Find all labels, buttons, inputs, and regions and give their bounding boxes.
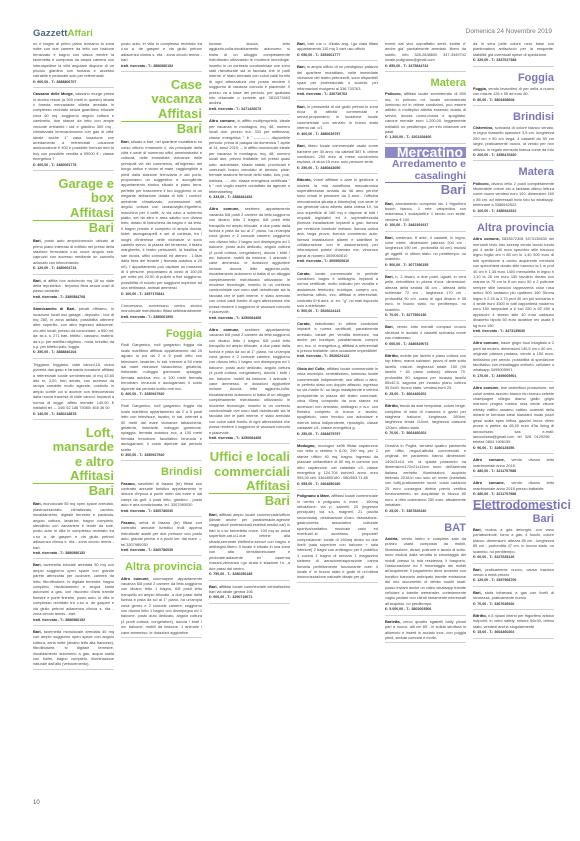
- ad-price-phone: tratt. riservata - T.: 3380584708: [33, 295, 114, 300]
- classifieds-columns: no e bagno al primo piano troviamo la zo…: [33, 40, 553, 798]
- ad-lead: Bari,: [33, 238, 42, 243]
- ad-price-phone: €: 400,00 - T.: 3480051778: [33, 163, 114, 168]
- classified-ad: Modugno, modugno ss96 fittasi capannone …: [297, 442, 378, 490]
- ad-text: Bari, arredamento composto da: 1 frigori…: [385, 201, 466, 223]
- classified-ad: Polignano a Mare, affittasi locale comme…: [297, 492, 378, 583]
- classified-ad: Altro comune, vendo divano letto matrimo…: [473, 456, 554, 477]
- ad-price-phone: tratt. riservata - T.: 3886986152: [33, 618, 114, 623]
- ad-price-phone: tratt. riservata - T.: 3360786030: [121, 509, 202, 514]
- section-city-bari: Bari: [385, 182, 466, 197]
- classified-ad: Altro comune, tine cesterfiuci produzion…: [473, 384, 554, 454]
- classified-ad: Triggiano, triggiano, viale vanoni,16, v…: [33, 361, 114, 420]
- classified-ad: Bari, in prossimità di via giulio petron…: [297, 103, 378, 140]
- classified-ad: Bari, si affitta box auto/moto mq 18 su …: [33, 277, 114, 304]
- ad-body: credenza, 8 ante, 4 cassetti, in legno, …: [385, 235, 466, 262]
- ad-text: Bari, bari v.le u. d'italia ang. l.go ci…: [297, 41, 378, 52]
- ad-body: 0833672308 3473135630 dei mercanti levio…: [473, 236, 554, 328]
- ad-text: Bari, affittasi ampio locale commerciale…: [209, 512, 290, 571]
- ad-lead: Altro comune,: [121, 576, 150, 581]
- ad-lead: Bari,: [33, 278, 42, 283]
- date-line: Domenica 24 Novembre 2019: [466, 28, 552, 35]
- ad-price-phone: €: 333,00 - T.: 3388481454: [209, 195, 290, 200]
- ad-body: modugno ss96 fittasi capannone con tetto…: [297, 443, 378, 480]
- section-city-bari: Bari: [33, 220, 114, 235]
- section-subheading-affitasi: Affitasi: [121, 107, 202, 121]
- section-location-altra-provincia: Altra provincia: [121, 558, 202, 573]
- classified-ad: Altro comune, sestriere ,appartamento va…: [209, 205, 290, 324]
- ad-body: tine cesterfiuci produzione, nei colori …: [473, 385, 554, 444]
- ad-lead: Bari,: [297, 104, 306, 109]
- ad-price-phone: €: 300,00 - T.: 3350927920: [121, 453, 202, 458]
- classified-ad: da in vera pelle colore nero base con pi…: [473, 40, 554, 67]
- classified-ad: Policoro, divano letto 2 posti completam…: [473, 180, 554, 217]
- ad-text: Fasano, savelletri di fasano (br) fittas…: [121, 481, 202, 508]
- ad-lead: Altro comune,: [473, 236, 500, 241]
- section-location-foggia: Foggia: [473, 69, 554, 84]
- section-heading-casalinghi: casalinghi: [385, 170, 466, 182]
- ad-price-phone: €: 96,00 - T.: 3280129256: [473, 446, 554, 451]
- ad-body: sestriere ,appartamento vacanza 6/8 post…: [209, 327, 290, 435]
- ad-text: Altro comune, courmayeur ,appartamento v…: [121, 576, 202, 635]
- ad-text: Cisternino, scrivania di colore bianco v…: [473, 125, 554, 152]
- classified-ad: Bari, praticamente nuovo, causa trasloco…: [473, 566, 554, 587]
- ad-body: locale commerciale in perfette condizion…: [297, 271, 378, 308]
- ad-text: Bitritto, n.5 ripiani interni per frigor…: [473, 613, 554, 629]
- ad-body: tavernetta bilocale arredata 50 mq con a…: [33, 562, 114, 616]
- ad-lead: Policoro,: [385, 91, 402, 96]
- classified-ad: Rodi Garganico, rodi garganico foggia vi…: [121, 402, 202, 461]
- ad-text: Polignano a Mare, affittasi locale comme…: [297, 493, 378, 580]
- section-city-bari: Bari: [33, 483, 114, 498]
- classified-ad: Gravina in Puglia, vendesi quattro parav…: [385, 442, 466, 517]
- ad-price-phone: €: 15,00 - T.: 3664460202: [473, 630, 554, 635]
- ad-lead: Bari,: [385, 201, 394, 206]
- ad-text: Bari, tavernetta monolocale arredata 40 …: [33, 629, 114, 667]
- ad-text: no e bagno al primo piano troviamo la zo…: [33, 41, 114, 79]
- section-subheading-affitasi: Affitasi: [33, 469, 114, 483]
- ad-body: in prossimità di via giulio petroni,in z…: [297, 104, 378, 131]
- ad-price-phone: €: 320,00 - T.: 3337627388: [473, 58, 554, 63]
- ad-body: vorrei affittare o dare in gestione o so…: [297, 177, 378, 258]
- classified-ad: Bari, monolocale 55 mq open space arreda…: [33, 500, 114, 559]
- ad-lead: Barletta,: [385, 619, 401, 624]
- ad-price-phone: tratt. riservata - T.: 336730763: [297, 92, 378, 97]
- ad-text: Bari, monolocale 55 mq open space arreda…: [33, 501, 114, 550]
- column-3: incluse: doccia, letto aggiunto,culla,ri…: [209, 40, 290, 606]
- ad-lead: Sannicandro di Bari,: [33, 306, 75, 311]
- ad-lead: Altro comune,: [209, 206, 239, 211]
- ad-lead: Cisternino,: [473, 125, 493, 130]
- ad-body: baule grigio buoi intagliato a 2 porti d…: [473, 340, 554, 372]
- classified-ad: Altro comune, 0833672308 3473135630 dei …: [473, 235, 554, 337]
- ad-body: cucina a gas delonghi, con vano portabom…: [473, 527, 554, 554]
- ad-text: Bari, affittasi locale commerciale centr…: [209, 584, 290, 595]
- ad-body: Rodi Garganico, rodi garganico foggia vi…: [121, 342, 202, 390]
- ad-price-phone: €: 480,00 - T.: 3211707988: [473, 469, 554, 474]
- ad-lead: Bari,: [385, 235, 394, 240]
- ad-text: Barletta, cerco quattro sgabelli bally y…: [385, 619, 466, 641]
- ad-lead: Altro comune,: [209, 327, 239, 332]
- ad-price-phone: €: 140,00 - T.: 3480218878: [33, 412, 114, 417]
- classified-ad: Bari, credenza, 8 ante, 4 cassetti, in l…: [385, 234, 466, 271]
- ad-text: Altro comune, sestriere ,appartamento va…: [209, 206, 290, 314]
- ad-body: no e bagno al primo piano troviamo la zo…: [33, 41, 114, 78]
- ad-body: arredamento composto da: 1 frigorifero b…: [385, 201, 466, 222]
- ad-price-phone: €: 25,00 - T.: 3664460202: [385, 392, 466, 397]
- ad-text: Corato, ristrutturato in ottime condizio…: [297, 321, 378, 353]
- classified-ad: Bari, vendo lotto mensili compact cruovo…: [385, 323, 466, 350]
- ad-lead: Bitritto,: [385, 403, 399, 408]
- ad-lead: Foggia,: [473, 86, 487, 91]
- ad-price-phone: €: 480,00 - T.: 3211707988: [473, 492, 554, 497]
- ad-price-phone: €: 70,00 - T.: 3664460202: [385, 431, 466, 436]
- ad-text: Bari, n. 2 divani, a due posti, uguali, …: [385, 274, 466, 312]
- ad-body: eventi dal vivo sopraffatto senti. inolt…: [385, 41, 466, 62]
- classified-ad: Conversano, conversano centro storico mo…: [121, 302, 202, 323]
- ad-lead: Bari,: [385, 274, 394, 279]
- classified-ad: Policoro, affittasi locale seminterrato …: [385, 90, 466, 144]
- ad-price-phone: tratt. riservata - T.: 3886986152: [121, 64, 202, 69]
- ad-lead: Bari,: [297, 143, 306, 148]
- section-location-foggia: Foggia: [121, 325, 202, 340]
- ad-body: affittasi locale seminterrato di 550 mq.…: [385, 91, 466, 134]
- ad-body: posto auto, in villa in complesso recint…: [121, 41, 202, 62]
- ad-text: Bari, posto auto ampio/comodo ubicato al…: [33, 238, 114, 265]
- ad-text: Gioia del Colle, affittasi locale commer…: [297, 366, 378, 431]
- ad-text: Bitritto, tenda da sole tempotest, color…: [385, 403, 466, 430]
- ad-price-phone: €: 500,00 - T.: 3926624123: [297, 309, 378, 314]
- classified-ad: Rodi Garganico, rodi garganico foggia vi…: [121, 341, 202, 400]
- section-heading-uffici: Uffici e locali: [209, 446, 290, 464]
- ad-price-phone: €: 955,00 - T.: 3364850180: [297, 482, 378, 487]
- ad-body: n. 2 divani, a due posti, uguali, in ver…: [385, 274, 466, 311]
- ad-price-phone: tratt. riservata - T.: 3886986152: [33, 551, 114, 556]
- ad-price-phone: €: 100,00 - T.: 3386942522: [473, 209, 554, 214]
- classified-ad: Bari, arredamento composto da: 1 frigori…: [385, 200, 466, 232]
- section-city-bari: Bari: [473, 510, 554, 525]
- ad-text: Foggia, vendo lavandino di per sella a n…: [473, 86, 554, 97]
- ad-lead: Fasano,: [121, 520, 136, 525]
- ad-body: sestriere ,appartamento vacanza 6/8 post…: [209, 206, 290, 314]
- ad-text: Triggiano, triggiano, viale vanoni,16, v…: [33, 362, 114, 411]
- ad-body: incluse: doccia, letto aggiunto,culla,ri…: [209, 41, 290, 105]
- ad-text: Bari, cucina a gas delonghi, con vano po…: [473, 527, 554, 554]
- column-5: eventi dal vivo sopraffatto senti. inolt…: [385, 40, 466, 645]
- classified-ad: Andria, vendo intero e completa sala da …: [385, 535, 466, 616]
- classified-ad: Bitonto, vorrei affittare o dare in gest…: [297, 176, 378, 268]
- ad-text: Modugno, modugno ss96 fittasi capannone …: [297, 443, 378, 481]
- section-location-bat: BAT: [385, 519, 466, 534]
- ad-price-phone: €: 5.000,00 - T.: 3802003506: [385, 607, 466, 612]
- ad-lead: Altro comune,: [473, 385, 499, 390]
- ad-lead: Bari,: [297, 41, 306, 46]
- ad-text: incluse: doccia, letto aggiunto,culla,ri…: [209, 41, 290, 106]
- ad-lead: Corato,: [297, 321, 311, 326]
- ad-price-phone: €: 1.200,00 - T.: 3201208406: [385, 135, 466, 140]
- classified-ad: Bari, affittasi ampio locale commerciale…: [209, 511, 290, 581]
- classified-ad: Bari, libero locale commerciale usato co…: [297, 142, 378, 174]
- ad-price-phone: €: 750,00 - T.: 3280250185: [209, 572, 290, 577]
- ad-body: stufa infrarossi a gas con livelli di si…: [473, 590, 554, 600]
- page-number: 10: [33, 800, 40, 806]
- ad-text: Altro comune, sestriere ,appartamento va…: [209, 327, 290, 435]
- ad-text: Andria, vendo intero e completa sala da …: [385, 536, 466, 606]
- ad-lead: Altro comune,: [473, 340, 499, 345]
- ad-price-phone: €: 250,00 - T.: 3384879797: [297, 432, 378, 437]
- ad-price-phone: tratt. riservata - T.: 3380661900: [121, 315, 202, 320]
- ad-lead: Bari,: [473, 590, 482, 595]
- section-city-bari: Bari: [209, 493, 290, 508]
- ad-price-phone: €: 400,00 - T.: 3880639797: [297, 132, 378, 137]
- ad-lead: Bitritto,: [473, 613, 487, 618]
- ad-price-phone: €: 850,00 - T.: 3475844742: [385, 64, 466, 69]
- ad-price-phone: €: 600,00 - T.: 3486529073: [385, 342, 466, 347]
- ad-body: vendo lotto mensili compact cruovo strut…: [385, 324, 466, 340]
- classified-ad: Bitritto, mobile per lavello e piano cot…: [385, 352, 466, 400]
- ad-body: privati offriamo, in locazione locali us…: [33, 306, 114, 349]
- ad-body: da in vera pelle colore nero base con pi…: [473, 41, 554, 57]
- ad-body: affittasi locale commerciale centralissi…: [209, 584, 290, 594]
- ad-text: Rodi Garganico, rodi garganico foggia vi…: [121, 342, 202, 391]
- ad-price-phone: €: 70,00 - T.: 3367636926: [473, 602, 554, 607]
- ad-price-phone: €: 350,00 - T.: 3888846104: [33, 350, 114, 355]
- section-city-bari: Bari: [121, 121, 202, 136]
- ad-body: in affitto multiproprietà, ideale per va…: [209, 118, 290, 193]
- classified-ad: Bari, tavernetta bilocale arredata 50 mq…: [33, 561, 114, 625]
- ad-price-phone: €: 650,00 - T.: 3392601777: [297, 53, 378, 58]
- ad-lead: Bari,: [473, 567, 482, 572]
- ad-price-phone: tratt. riservata - T.: 3250084408: [209, 436, 290, 441]
- ad-text: Policoro, affittasi locale seminterrato …: [385, 91, 466, 134]
- ad-text: Fasano, selva di fasano (br) fittasi con…: [121, 520, 202, 547]
- ad-body: situato a bari, nel quartiere murattiano…: [121, 139, 202, 290]
- section-heading-garage: Garage e box: [33, 173, 114, 206]
- ad-text: Bari, in ampio ufficio di un prestigioso…: [297, 64, 378, 91]
- ad-text: Bari, libero locale commerciale usato co…: [297, 143, 378, 165]
- ad-price-phone: €: 400,00 - T.: 3350927920: [121, 392, 202, 397]
- ad-price-phone: €: 170,00 - T.: 3495005901: [473, 374, 554, 379]
- ad-lead: Bari,: [209, 512, 218, 517]
- ad-text: Bari, in prossimità di via giulio petron…: [297, 104, 378, 131]
- ad-lead: Andria,: [385, 536, 398, 541]
- column-1: no e bagno al primo piano troviamo la zo…: [33, 40, 114, 672]
- ad-text: Altro comune, 0833672308 3473135630 dei …: [473, 236, 554, 328]
- ad-text: Altro comune, vendo divano letto matrimo…: [473, 457, 554, 468]
- ad-text: Sannicandro di Bari, privati offriamo, i…: [33, 306, 114, 349]
- ad-price-phone: €: 80,00 - T.: 3803458608: [473, 98, 554, 103]
- ad-body: affittasi locale commerciale in centro a…: [297, 493, 378, 579]
- ad-body: posto auto ampio/comodo ubicato al primo…: [33, 238, 114, 265]
- ad-body: si affitta box auto/moto mq 18 su viale …: [33, 278, 114, 294]
- classified-ad: posto auto, in villa in complesso recint…: [121, 40, 202, 72]
- ad-text: Altro comune, tine cesterfiuci produzion…: [473, 385, 554, 444]
- classified-ad: Corato, locale commerciale in perfette c…: [297, 270, 378, 318]
- ad-body: bari v.le u. d'italia ang. l.go ciaia fi…: [297, 41, 378, 51]
- ad-price-phone: €: 900,00 - T.: 3290719671: [209, 595, 290, 600]
- ad-lead: Bari,: [209, 584, 218, 589]
- section-heading-elettrodomestici: Elettrodomestici: [473, 503, 554, 510]
- section-location-brindisi: Brindisi: [473, 108, 554, 123]
- ad-body: vendo intero e completa sala da pranzo u…: [385, 536, 466, 606]
- section-heading-loft: Loft, mansarde: [33, 422, 114, 455]
- section-subheading-affitasi: Affitasi: [33, 206, 114, 220]
- classified-ad: incluse: doccia, letto aggiunto,culla,ri…: [209, 40, 290, 115]
- ad-lead: Policoro,: [473, 181, 490, 186]
- ad-body: mobile per lavello e piano cottura con t…: [385, 353, 466, 390]
- ad-lead: Bari,: [473, 527, 482, 532]
- column-2: posto auto, in villa in complesso recint…: [121, 40, 202, 640]
- classified-ad: Bari, n. 2 divani, a due posti, uguali, …: [385, 273, 466, 321]
- ad-lead: Altro comune,: [473, 457, 505, 462]
- ad-price-phone: €: 120,00 - T.: 3480604714: [33, 266, 114, 271]
- section-location-altra-provincia: Altra provincia: [473, 219, 554, 234]
- ad-body: ristrutturato in ottime condizioni impia…: [297, 321, 378, 353]
- ad-price-phone: €: 100,00 - T.: 3397176841: [121, 292, 202, 297]
- ad-text: Bari, vendo lotto mensili compact cruovo…: [385, 324, 466, 340]
- ad-price-phone: €: 25,00 - T.: 3367826240: [385, 509, 466, 514]
- ad-lead: Fasano,: [121, 481, 136, 486]
- ad-price-phone: tratt. riservata - T.: 3009060810: [297, 259, 378, 264]
- ad-text: Bitonto, vorrei affittare o dare in gest…: [297, 177, 378, 258]
- ad-text: Altro comune, in affitto multiproprietà,…: [209, 118, 290, 194]
- section-location-matera: Matera: [473, 163, 554, 178]
- ad-price-phone: tratt. riservata - T.: 3473135630: [473, 329, 554, 334]
- classified-ad: Altro comune, baule grigio buoi intaglia…: [473, 339, 554, 382]
- column-6: da in vera pelle colore nero base con pi…: [473, 40, 554, 641]
- ad-text: Gravina in Puglia, vendesi quattro parav…: [385, 443, 466, 508]
- ad-body: tavernetta monolocale arredata 40 mq con…: [33, 629, 114, 666]
- ad-text: Bari, credenza, 8 ante, 4 cassetti, in l…: [385, 235, 466, 262]
- classified-ad: Altro comune, in affitto multiproprietà,…: [209, 117, 290, 203]
- ad-price-phone: €: 250,00 - T.: 3480843050: [297, 166, 378, 171]
- ad-lead: Bari,: [121, 139, 130, 144]
- ad-body: libero locale commerciale usato come bar…: [297, 143, 378, 164]
- ad-text: Altro comune, baule grigio buoi intaglia…: [473, 340, 554, 372]
- classified-ad: Cisternino, scrivania di colore bianco v…: [473, 124, 554, 161]
- ad-text: Bitritto, mobile per lavello e piano cot…: [385, 353, 466, 391]
- ad-body: in ampio ufficio di un prestigioso palaz…: [297, 64, 378, 91]
- ad-lead: Bari,: [33, 562, 42, 567]
- ad-text: Conversano, conversano centro storico mo…: [121, 303, 202, 314]
- ad-price-phone: €: 500,00 - T.: 3077356155: [385, 263, 466, 268]
- classified-ad: Fasano, savelletri di fasano (br) fittas…: [121, 480, 202, 517]
- ad-text: Bari, tavernetta bilocale arredata 50 mq…: [33, 562, 114, 616]
- classified-ad: Fasano, selva di fasano (br) fittasi con…: [121, 519, 202, 556]
- ad-price-phone: €: 900,00 - T.: 3888806707: [33, 80, 114, 85]
- ad-text: Rodi Garganico, rodi garganico foggia vi…: [121, 403, 202, 452]
- ad-price-phone: €: 200,00 - T.: 3356476460: [473, 153, 554, 158]
- ad-lead: Bari,: [33, 629, 42, 634]
- ad-body: Rodi Garganico, rodi garganico foggia vi…: [121, 403, 202, 451]
- section-heading-uffici-2: commerciali: [209, 465, 290, 479]
- ad-lead: Bitritto,: [385, 353, 399, 358]
- classified-ad: Foggia, vendo lavandino di per sella a n…: [473, 85, 554, 106]
- classified-ad: Bari, in ampio ufficio di un prestigioso…: [297, 63, 378, 100]
- ad-price-phone: tratt. riservata - T.: 3360786030: [121, 548, 202, 553]
- classified-ad: Sannicandro di Bari, privati offriamo, i…: [33, 305, 114, 359]
- ad-text: posto auto, in villa in complesso recint…: [121, 41, 202, 63]
- ad-price-phone: €: 70,00 - T.: 3277560136: [385, 313, 466, 318]
- ad-text: Bari, praticamente nuovo, causa trasloco…: [473, 567, 554, 578]
- section-location-brindisi: Brindisi: [121, 463, 202, 478]
- section-subheading-affitasi: Affitasi: [209, 479, 290, 493]
- ad-lead: Bari,: [33, 501, 42, 506]
- ad-text: da in vera pelle colore nero base con pi…: [473, 41, 554, 57]
- ad-price-phone: tratt. riservata - T.: 3250084408: [209, 316, 290, 321]
- ad-lead: Altro comune,: [209, 118, 236, 123]
- ad-lead: Bitonto,: [297, 177, 312, 182]
- ad-text: Corato, locale commerciale in perfette c…: [297, 271, 378, 309]
- ad-price-phone: €: 60,00 - T.: 3227635126: [473, 555, 554, 560]
- column-4: Bari, bari v.le u. d'italia ang. l.go ci…: [297, 40, 378, 585]
- ad-text: Altro comune, vendo divano letto matrimo…: [473, 480, 554, 491]
- ad-price-phone: €: 100,00 - T.: 3482391917: [385, 223, 466, 228]
- masthead-logo: GazzettAffari: [33, 28, 93, 39]
- section-location-matera: Matera: [385, 74, 466, 89]
- classified-ad: Bitritto, tenda da sole tempotest, color…: [385, 402, 466, 439]
- classified-ad: Bari, tavernetta monolocale arredata 40 …: [33, 628, 114, 670]
- ad-body: cassano murge pressi lo storico resort (…: [33, 91, 114, 161]
- ad-text: Bari, stufa infrarossi a gas con livelli…: [473, 590, 554, 601]
- classified-ad: Gioia del Colle, affittasi locale commer…: [297, 365, 378, 440]
- section-heading-loft-2: e altro: [33, 455, 114, 469]
- ad-price-phone: tratt. riservata - T.: 3926624123: [297, 354, 378, 359]
- ad-body: Conversano, conversano centro storico mo…: [121, 303, 202, 313]
- section-heading-case-vacanza: Case vacanza: [121, 74, 202, 107]
- classified-ad: Altro comune, sestriere ,appartamento va…: [209, 326, 290, 445]
- classified-ad: Altro comune, courmayeur ,appartamento v…: [121, 575, 202, 638]
- ad-price-phone: tratt. riservata - T.: 3471426673: [209, 107, 290, 112]
- ad-lead: Modugno,: [297, 443, 316, 448]
- classified-ad: Bari, affittasi locale commerciale centr…: [209, 583, 290, 604]
- ad-body: praticamente nuovo, causa trasloco vendo…: [473, 567, 554, 577]
- classified-ad: Bari, cucina a gas delonghi, con vano po…: [473, 526, 554, 563]
- classified-ad: Bari, bari v.le u. d'italia ang. l.go ci…: [297, 40, 378, 61]
- ad-price-phone: €: 120,00 - T.: 3397968706: [473, 578, 554, 583]
- ad-text: eventi dal vivo sopraffatto senti. inolt…: [385, 41, 466, 63]
- ad-text: Bari, si affitta box auto/moto mq 18 su …: [33, 278, 114, 294]
- ad-lead: Cassano delle Murge,: [33, 91, 74, 96]
- ad-lead: Bari,: [385, 324, 394, 329]
- classified-ad: Barletta, cerco quattro sgabelli bally y…: [385, 618, 466, 644]
- classified-ad: Bari, posto auto ampio/comodo ubicato al…: [33, 237, 114, 274]
- ad-body: affittasi locale commerciale in zona mun…: [297, 366, 378, 430]
- classified-ad: Cassano delle Murge, cassano murge press…: [33, 90, 114, 171]
- ad-lead: Polignano a Mare,: [297, 493, 330, 498]
- section-heading-arredamento: Arredamento e: [385, 158, 466, 170]
- classified-ad: Bitritto, n.5 ripiani interni per frigor…: [473, 612, 554, 639]
- ad-text: Cassano delle Murge, cassano murge press…: [33, 91, 114, 161]
- ad-lead: Bari,: [297, 64, 306, 69]
- ad-lead: Corato,: [297, 271, 311, 276]
- ad-body: monolocale 55 mq open space arredato, pi…: [33, 501, 114, 549]
- ad-body: affittasi ampio locale commerciale/uffic…: [209, 512, 290, 571]
- classified-ad: no e bagno al primo piano troviamo la zo…: [33, 40, 114, 88]
- classified-ad: Bari, situato a bari, nel quartiere mura…: [121, 138, 202, 300]
- ad-lead: Altro comune,: [473, 480, 505, 485]
- logo-accent-text: Affari: [67, 28, 92, 39]
- section-banner-mercatino: Mercatino: [385, 147, 466, 158]
- ad-text: Bari, situato a bari, nel quartiere mura…: [121, 139, 202, 290]
- ad-body: Triggiano, triggiano, viale vanoni,16, v…: [33, 362, 114, 410]
- classified-ad: Bari, stufa infrarossi a gas con livelli…: [473, 589, 554, 610]
- ad-body: courmayeur ,appartamento vacanza 6/8 pos…: [121, 576, 202, 635]
- classified-ad: eventi dal vivo sopraffatto senti. inolt…: [385, 40, 466, 72]
- classified-ad: Corato, ristrutturato in ottime condizio…: [297, 320, 378, 363]
- ad-body: Gravina in Puglia, vendesi quattro parav…: [385, 443, 466, 507]
- ad-text: Policoro, divano letto 2 posti completam…: [473, 181, 554, 208]
- ad-lead: Gioia del Colle,: [297, 366, 325, 371]
